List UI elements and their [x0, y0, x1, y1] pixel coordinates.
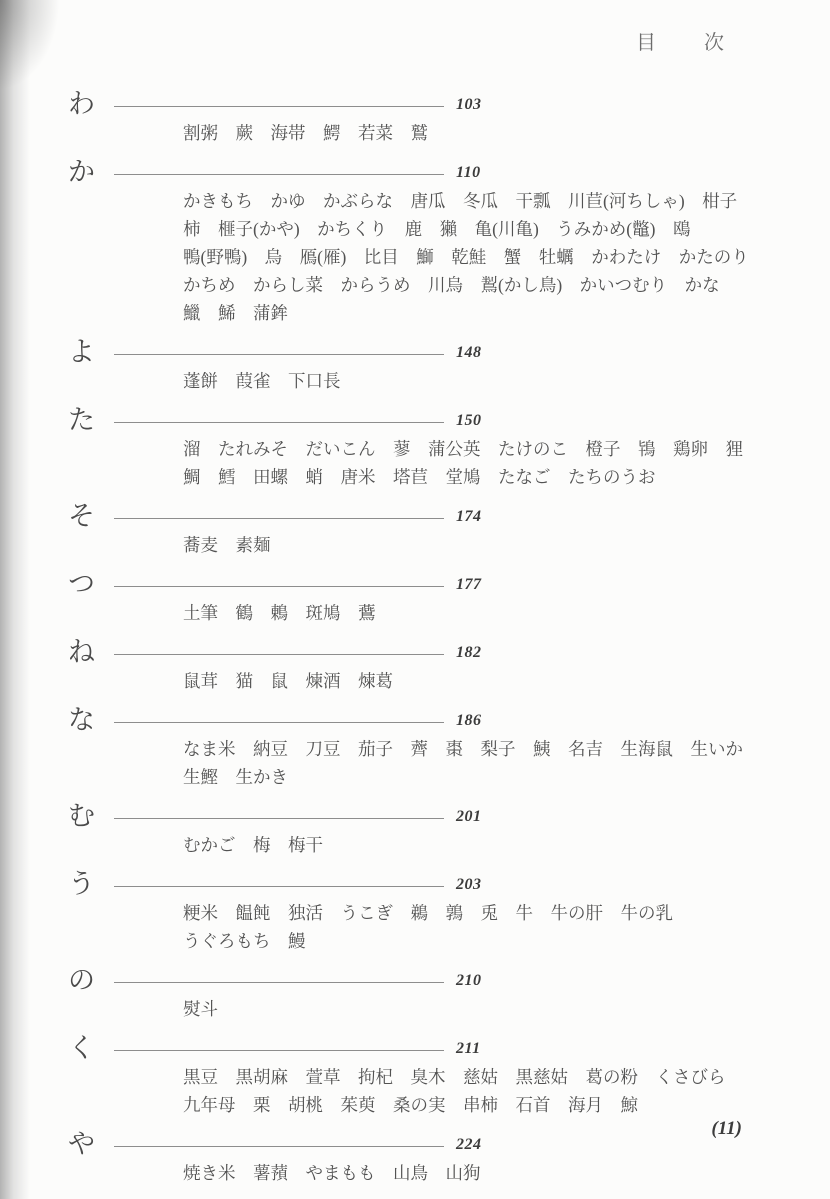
toc-section-ka: か 110 かきもち かゆ かぶらな 唐瓜 冬瓜 干瓢 川苣(河ちしゃ) 柑子 …	[68, 159, 830, 327]
leader-rule	[114, 106, 444, 107]
section-head-row: の 210	[68, 967, 830, 993]
section-page-number: 186	[456, 712, 482, 730]
section-head-row: わ 103	[68, 91, 830, 117]
entry-words: 鼠茸 猫 鼠 煉酒 煉葛	[183, 667, 830, 695]
section-page-number: 177	[456, 576, 482, 594]
entry-words: 溜 たれみそ だいこん 蓼 蒲公英 たけのこ 橙子 鴇 鶏卵 狸 鯛 鱈 田螺 …	[183, 435, 830, 491]
word-line: むかご 梅 梅干	[183, 831, 830, 859]
word-line: 鴨(野鴨) 烏 鴈(雁) 比目 鰤 乾鮭 蟹 牡蠣 かわたけ かたのり	[183, 243, 830, 271]
section-kana: ね	[68, 639, 114, 666]
section-page-number: 201	[456, 808, 482, 826]
entry-words: 土筆 鶴 鶇 斑鳩 鷰	[183, 599, 830, 627]
section-head-row: つ 177	[68, 571, 830, 597]
section-head-row: な 186	[68, 707, 830, 733]
word-line: なま米 納豆 刀豆 茄子 薺 棗 梨子 鮧 名吉 生海鼠 生いか	[183, 735, 830, 763]
section-page-number: 224	[456, 1136, 482, 1154]
word-line: 鯛 鱈 田螺 蛸 唐米 塔苣 堂鳩 たなご たちのうお	[183, 463, 830, 491]
entry-words: 黒豆 黒胡麻 萱草 拘杞 臭木 慈姑 黒慈姑 葛の粉 くさびら 九年母 栗 胡桃…	[183, 1063, 830, 1119]
word-line: 焼き米 薯蕷 やまもも 山鳥 山狗	[183, 1159, 830, 1187]
word-line: 割粥 蕨 海帯 鰐 若菜 鷲	[183, 119, 830, 147]
section-kana: む	[68, 803, 114, 830]
word-line: 蕎麦 素麺	[183, 531, 830, 559]
section-head-row: か 110	[68, 159, 830, 185]
leader-rule	[114, 354, 444, 355]
toc-page: 目 次 わ 103 割粥 蕨 海帯 鰐 若菜 鷲 か 110 かきもち かゆ か…	[0, 0, 830, 1187]
section-kana: う	[68, 871, 114, 898]
section-page-number: 150	[456, 412, 482, 430]
section-kana: わ	[68, 91, 114, 118]
section-kana: な	[68, 707, 114, 734]
section-kana: そ	[68, 503, 114, 530]
word-line: 鼠茸 猫 鼠 煉酒 煉葛	[183, 667, 830, 695]
section-page-number: 203	[456, 876, 482, 894]
leader-rule	[114, 586, 444, 587]
entry-words: かきもち かゆ かぶらな 唐瓜 冬瓜 干瓢 川苣(河ちしゃ) 柑子 柿 榧子(か…	[183, 187, 830, 327]
toc-section-yo: よ 148 蓬餅 葭雀 下口長	[68, 339, 830, 395]
section-head-row: む 201	[68, 803, 830, 829]
word-line: 熨斗	[183, 995, 830, 1023]
toc-section-ta: た 150 溜 たれみそ だいこん 蓼 蒲公英 たけのこ 橙子 鴇 鶏卵 狸 鯛…	[68, 407, 830, 491]
leader-rule	[114, 818, 444, 819]
toc-section-u: う 203 粳米 饂飩 独活 うこぎ 鵜 鶉 兎 牛 牛の肝 牛の乳 うぐろもち…	[68, 871, 830, 955]
word-line: うぐろもち 鰻	[183, 927, 830, 955]
entry-words: 焼き米 薯蕷 やまもも 山鳥 山狗	[183, 1159, 830, 1187]
word-line: 九年母 栗 胡桃 茱萸 桑の実 串柿 石首 海月 鯨	[183, 1091, 830, 1119]
section-page-number: 103	[456, 96, 482, 114]
section-page-number: 211	[456, 1040, 481, 1058]
section-kana: く	[68, 1035, 114, 1062]
leader-rule	[114, 1146, 444, 1147]
word-line: 土筆 鶴 鶇 斑鳩 鷰	[183, 599, 830, 627]
section-kana: よ	[68, 339, 114, 366]
section-page-number: 174	[456, 508, 482, 526]
leader-rule	[114, 422, 444, 423]
section-head-row: よ 148	[68, 339, 830, 365]
leader-rule	[114, 518, 444, 519]
section-head-row: ね 182	[68, 639, 830, 665]
section-kana: た	[68, 407, 114, 434]
word-line: 黒豆 黒胡麻 萱草 拘杞 臭木 慈姑 黒慈姑 葛の粉 くさびら	[183, 1063, 830, 1091]
section-kana: や	[68, 1131, 114, 1158]
leader-rule	[114, 722, 444, 723]
section-page-number: 182	[456, 644, 482, 662]
entry-words: 粳米 饂飩 独活 うこぎ 鵜 鶉 兎 牛 牛の肝 牛の乳 うぐろもち 鰻	[183, 899, 830, 955]
section-kana: つ	[68, 571, 114, 598]
entry-words: 割粥 蕨 海帯 鰐 若菜 鷲	[183, 119, 830, 147]
section-page-number: 148	[456, 344, 482, 362]
toc-section-tsu: つ 177 土筆 鶴 鶇 斑鳩 鷰	[68, 571, 830, 627]
leader-rule	[114, 174, 444, 175]
toc-section-mu: む 201 むかご 梅 梅干	[68, 803, 830, 859]
section-head-row: た 150	[68, 407, 830, 433]
word-line: 溜 たれみそ だいこん 蓼 蒲公英 たけのこ 橙子 鴇 鶏卵 狸	[183, 435, 830, 463]
section-head-row: く 211	[68, 1035, 830, 1061]
toc-section-wa: わ 103 割粥 蕨 海帯 鰐 若菜 鷲	[68, 91, 830, 147]
toc-section-no: の 210 熨斗	[68, 967, 830, 1023]
leader-rule	[114, 1050, 444, 1051]
section-kana: か	[68, 159, 114, 186]
entry-words: むかご 梅 梅干	[183, 831, 830, 859]
leader-rule	[114, 982, 444, 983]
word-line: 鱲 鯑 蒲鉾	[183, 299, 830, 327]
toc-section-na: な 186 なま米 納豆 刀豆 茄子 薺 棗 梨子 鮧 名吉 生海鼠 生いか 生…	[68, 707, 830, 791]
toc-section-ku: く 211 黒豆 黒胡麻 萱草 拘杞 臭木 慈姑 黒慈姑 葛の粉 くさびら 九年…	[68, 1035, 830, 1119]
word-line: かちめ からし菜 からうめ 川烏 鵥(かし鳥) かいつむり かな	[183, 271, 830, 299]
section-kana: の	[68, 967, 114, 994]
word-line: かきもち かゆ かぶらな 唐瓜 冬瓜 干瓢 川苣(河ちしゃ) 柑子	[183, 187, 830, 215]
section-head-row: う 203	[68, 871, 830, 897]
entry-words: 熨斗	[183, 995, 830, 1023]
toc-section-ne: ね 182 鼠茸 猫 鼠 煉酒 煉葛	[68, 639, 830, 695]
leader-rule	[114, 886, 444, 887]
section-page-number: 210	[456, 972, 482, 990]
word-line: 蓬餅 葭雀 下口長	[183, 367, 830, 395]
word-line: 粳米 饂飩 独活 うこぎ 鵜 鶉 兎 牛 牛の肝 牛の乳	[183, 899, 830, 927]
toc-section-so: そ 174 蕎麦 素麺	[68, 503, 830, 559]
folio-page-number: (11)	[711, 1118, 742, 1140]
entry-words: 蕎麦 素麺	[183, 531, 830, 559]
word-line: 柿 榧子(かや) かちくり 鹿 獺 亀(川亀) うみかめ(鼈) 鴎	[183, 215, 830, 243]
leader-rule	[114, 654, 444, 655]
toc-title: 目 次	[68, 26, 738, 55]
entry-words: なま米 納豆 刀豆 茄子 薺 棗 梨子 鮧 名吉 生海鼠 生いか 生鰹 生かき	[183, 735, 830, 791]
section-head-row: そ 174	[68, 503, 830, 529]
entry-words: 蓬餅 葭雀 下口長	[183, 367, 830, 395]
section-page-number: 110	[456, 164, 481, 182]
word-line: 生鰹 生かき	[183, 763, 830, 791]
